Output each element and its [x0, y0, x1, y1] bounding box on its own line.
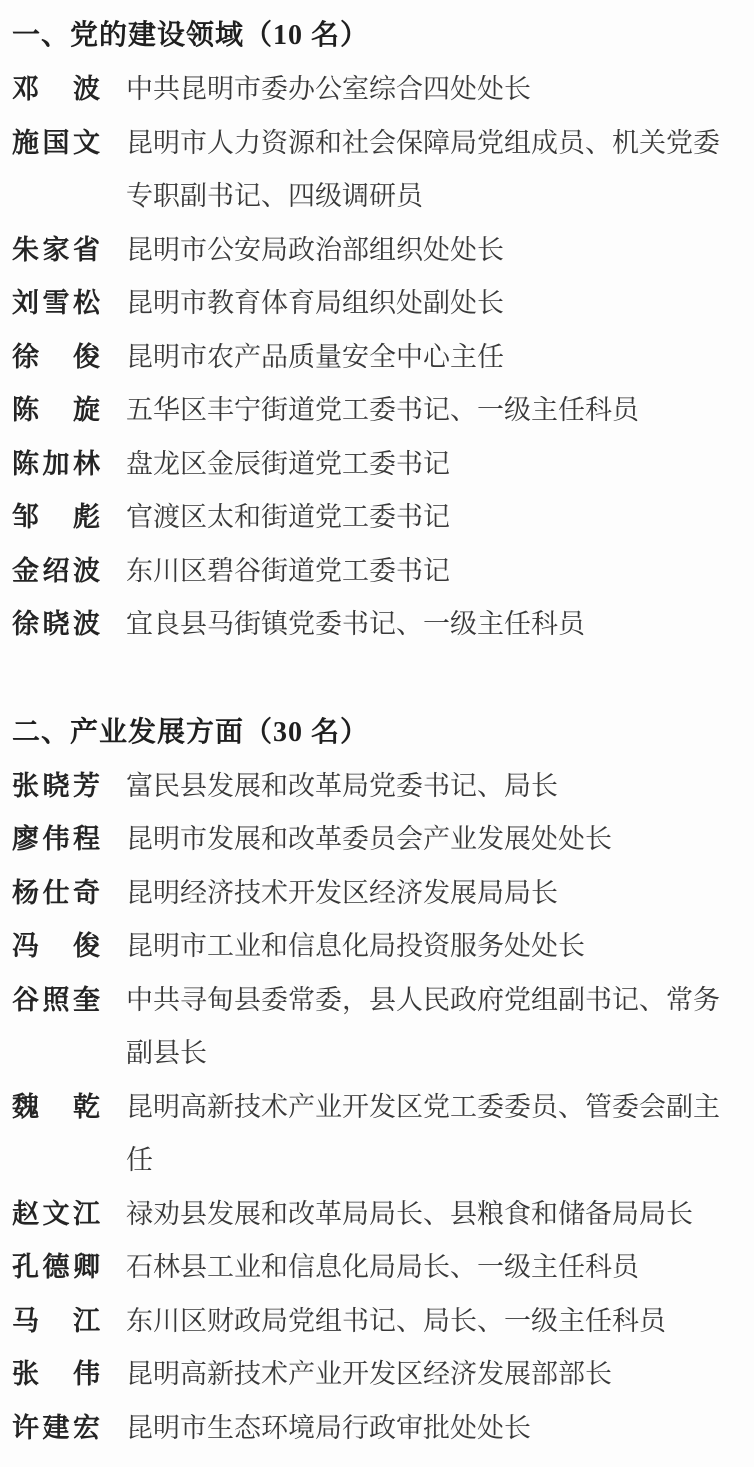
person-name: 徐晓波	[12, 598, 100, 652]
list-item: 杨仕奇 昆明经济技术开发区经济发展局局长	[12, 867, 748, 921]
person-name: 陈旋	[12, 384, 100, 438]
person-title: 昆明市生态环境局行政审批处处长	[126, 1402, 746, 1456]
person-name: 杨仕奇	[12, 867, 100, 921]
list-item: 陈加林 盘龙区金辰街道党工委书记	[12, 438, 748, 492]
list-item: 孔德卿 石林县工业和信息化局局长、一级主任科员	[12, 1241, 748, 1295]
person-title: 东川区碧谷街道党工委书记	[126, 545, 746, 599]
person-name: 邓波	[12, 63, 100, 117]
person-name: 马江	[12, 1295, 100, 1349]
section-entries: 邓波 中共昆明市委办公室综合四处处长 施国文 昆明市人力资源和社会保障局党组成员…	[12, 63, 748, 652]
person-name: 赵文江	[12, 1188, 100, 1242]
person-title: 石林县工业和信息化局局长、一级主任科员	[126, 1241, 746, 1295]
person-title: 昆明经济技术开发区经济发展局局长	[126, 867, 746, 921]
section-heading: 二、产业发展方面（30 名）	[12, 706, 748, 760]
list-item: 马江 东川区财政局党组书记、局长、一级主任科员	[12, 1295, 748, 1349]
list-item: 朱家省 昆明市公安局政治部组织处处长	[12, 224, 748, 278]
person-name: 许建宏	[12, 1402, 100, 1456]
person-name: 张伟	[12, 1348, 100, 1402]
list-item: 陈旋 五华区丰宁街道党工委书记、一级主任科员	[12, 384, 748, 438]
person-name: 金绍波	[12, 545, 100, 599]
list-item: 邹彪 官渡区太和街道党工委书记	[12, 491, 748, 545]
person-name: 陈加林	[12, 438, 100, 492]
list-item: 赵文江 禄劝县发展和改革局局长、县粮食和储备局局长	[12, 1188, 748, 1242]
person-name: 徐俊	[12, 331, 100, 385]
section: 一、党的建设领域（10 名） 邓波 中共昆明市委办公室综合四处处长 施国文 昆明…	[12, 9, 748, 652]
person-name: 张晓芳	[12, 760, 100, 814]
list-item: 谷照奎 中共寻甸县委常委，县人民政府党组副书记、常务副县长	[12, 974, 748, 1081]
document-page: 一、党的建设领域（10 名） 邓波 中共昆明市委办公室综合四处处长 施国文 昆明…	[0, 0, 754, 1467]
person-name: 谷照奎	[12, 974, 100, 1028]
person-title: 东川区财政局党组书记、局长、一级主任科员	[126, 1295, 746, 1349]
section-entries: 张晓芳 富民县发展和改革局党委书记、局长 廖伟程 昆明市发展和改革委员会产业发展…	[12, 760, 748, 1456]
list-item: 刘雪松 昆明市教育体育局组织处副处长	[12, 277, 748, 331]
list-item: 邓波 中共昆明市委办公室综合四处处长	[12, 63, 748, 117]
list-item: 施国文 昆明市人力资源和社会保障局党组成员、机关党委专职副书记、四级调研员	[12, 117, 748, 224]
person-title: 宜良县马街镇党委书记、一级主任科员	[126, 598, 746, 652]
person-name: 孔德卿	[12, 1241, 100, 1295]
list-item: 许建宏 昆明市生态环境局行政审批处处长	[12, 1402, 748, 1456]
person-title: 昆明市发展和改革委员会产业发展处处长	[126, 813, 746, 867]
list-item: 张晓芳 富民县发展和改革局党委书记、局长	[12, 760, 748, 814]
person-title: 昆明市农产品质量安全中心主任	[126, 331, 746, 385]
person-title: 官渡区太和街道党工委书记	[126, 491, 746, 545]
person-title: 盘龙区金辰街道党工委书记	[126, 438, 746, 492]
person-title: 五华区丰宁街道党工委书记、一级主任科员	[126, 384, 746, 438]
person-title: 中共昆明市委办公室综合四处处长	[126, 63, 746, 117]
person-title: 昆明市人力资源和社会保障局党组成员、机关党委专职副书记、四级调研员	[126, 117, 746, 224]
person-title: 禄劝县发展和改革局局长、县粮食和储备局局长	[126, 1188, 746, 1242]
roster-list: 一、党的建设领域（10 名） 邓波 中共昆明市委办公室综合四处处长 施国文 昆明…	[12, 9, 748, 1455]
person-name: 廖伟程	[12, 813, 100, 867]
list-item: 廖伟程 昆明市发展和改革委员会产业发展处处长	[12, 813, 748, 867]
person-name: 刘雪松	[12, 277, 100, 331]
list-item: 金绍波 东川区碧谷街道党工委书记	[12, 545, 748, 599]
person-name: 冯俊	[12, 920, 100, 974]
section: 二、产业发展方面（30 名） 张晓芳 富民县发展和改革局党委书记、局长 廖伟程 …	[12, 706, 748, 1456]
person-title: 昆明市公安局政治部组织处处长	[126, 224, 746, 278]
person-name: 邹彪	[12, 491, 100, 545]
person-title: 昆明高新技术产业开发区经济发展部部长	[126, 1348, 746, 1402]
list-item: 徐俊 昆明市农产品质量安全中心主任	[12, 331, 748, 385]
list-item: 张伟 昆明高新技术产业开发区经济发展部部长	[12, 1348, 748, 1402]
person-title: 中共寻甸县委常委，县人民政府党组副书记、常务副县长	[126, 974, 746, 1081]
person-name: 朱家省	[12, 224, 100, 278]
person-name: 魏乾	[12, 1081, 100, 1135]
list-item: 徐晓波 宜良县马街镇党委书记、一级主任科员	[12, 598, 748, 652]
person-title: 昆明市工业和信息化局投资服务处处长	[126, 920, 746, 974]
person-title: 昆明高新技术产业开发区党工委委员、管委会副主任	[126, 1081, 746, 1188]
list-item: 冯俊 昆明市工业和信息化局投资服务处处长	[12, 920, 748, 974]
list-item: 魏乾 昆明高新技术产业开发区党工委委员、管委会副主任	[12, 1081, 748, 1188]
person-title: 昆明市教育体育局组织处副处长	[126, 277, 746, 331]
person-name: 施国文	[12, 117, 100, 171]
section-heading: 一、党的建设领域（10 名）	[12, 9, 748, 63]
person-title: 富民县发展和改革局党委书记、局长	[126, 760, 746, 814]
